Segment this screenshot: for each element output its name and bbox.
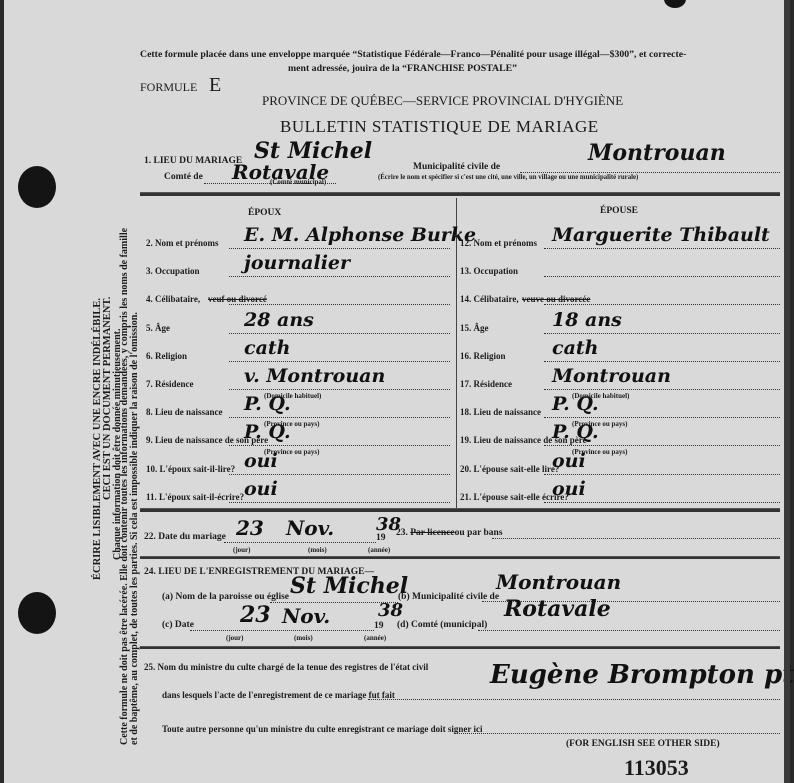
epouse-field-value: oui [552,478,586,500]
epouse-field-label: 18. Lieu de naissance [460,407,541,417]
marriage-certificate-form: ÉCRIRE LISIBLEMENT AVEC UNE ENCRE INDÉLÉ… [4,0,790,783]
formule-label: FORMULE [140,80,197,95]
mois-hint: (mois) [308,546,327,554]
comte-enr-value: Rotavale [504,596,611,622]
epouse-field-label: 20. L'épouse sait-elle lire? [460,464,559,474]
municipalite-enr-value: Montrouan [496,570,621,594]
date-enr-annee-prefix: 19 [374,621,384,631]
epoux-field-value: oui [244,478,278,500]
date-mariage-jour: 23 [236,516,264,540]
epouse-field-label: 16. Religion [460,351,506,361]
epoux-field-label: 10. L'époux sait-il-lire? [146,464,235,474]
paroisse-label: (a) Nom de la paroisse ou église [162,592,289,602]
epouse-field-label: 15. Âge [460,323,489,333]
date-enr-mois: Nov. [282,604,330,628]
epoux-field-value: cath [244,337,290,359]
epoux-field-value: 28 ans [244,309,314,331]
epouse-heading: ÉPOUSE [600,206,638,216]
licence-bans-label: 23. Par licenceou par bans [396,528,503,538]
side-instruction-5: et de baptême, au complet, de toutes les… [129,312,141,745]
province-heading: PROVINCE DE QUÉBEC—SERVICE PROVINCIAL D'… [262,93,623,109]
ink-blot [664,0,686,8]
epoux-field-value: P. Q. [244,421,291,443]
epoux-field-label: 6. Religion [146,351,187,361]
punch-hole-top [18,166,56,208]
epouse-field-value: cath [552,337,598,359]
epoux-field-label: 4. Célibataire, [146,294,200,304]
epoux-field-label: 8. Lieu de naissance [146,407,223,417]
date-enr-label: (c) Date [162,620,194,630]
autre-personne-label: Toute autre personne qu'un ministre du c… [162,724,483,734]
comte-enr-label: (d) Comté (municipal) [397,620,487,630]
epoux-heading: ÉPOUX [248,208,281,218]
epoux-field-label: 7. Résidence [146,379,194,389]
epoux-field-label: 3. Occupation [146,266,200,276]
paroisse-value: St Michel [290,573,408,599]
comte-hint: (Comté municipal) [270,178,326,186]
epoux-field-value: v. Montrouan [244,365,385,387]
postal-notice-line1: Cette formule placée dans une enveloppe … [140,49,686,60]
epoux-field-value: E. M. Alphonse Burke [244,224,476,246]
c-mois-hint: (mois) [294,634,313,642]
epouse-field-label: 17. Résidence [460,379,512,389]
ministre-label-line2: dans lesquels l'acte de l'enregistrement… [162,690,395,700]
municipalite-label: Municipalité civile de [413,162,500,172]
epoux-field-value: oui [244,450,278,472]
jour-hint: (jour) [233,546,251,554]
ministre-signature: Eugène Brompton ptre [490,660,794,690]
date-enr-jour: 23 [240,602,271,628]
municipalite-value: Montrouan [588,140,726,166]
epouse-field-value: P. Q. [552,421,599,443]
annee-hint: (année) [368,546,390,554]
epouse-field-value: 18 ans [552,309,622,331]
epouse-struck-option: veuve ou divorcée [522,294,590,304]
serial-number: 113053 [624,755,689,781]
date-mariage-label: 22. Date du mariage [144,532,226,542]
epouse-field-label: 14. Célibataire, [460,294,519,304]
ministre-label-line1: 25. Nom du ministre du culte chargé de l… [144,662,428,672]
lieu-mariage-label: 1. LIEU DU MARIAGE [144,156,242,166]
postal-notice-line2: ment adressée, jouira de la “FRANCHISE P… [288,63,517,74]
formule-letter: E [209,74,221,97]
date-enr-annee: 38 [378,600,403,621]
epouse-field-value: Marguerite Thibault [552,224,770,246]
form-title: BULLETIN STATISTIQUE DE MARIAGE [280,117,599,137]
epoux-field-value: P. Q. [244,393,291,415]
c-jour-hint: (jour) [226,634,244,642]
date-mariage-mois: Nov. [286,516,334,540]
comte-label: Comté de [164,172,203,182]
epouse-field-label: 12. Nom et prénoms [460,238,537,248]
epouse-field-value: oui [552,450,586,472]
epoux-field-label: 11. L'époux sait-il-écrire? [146,492,244,502]
epoux-field-label: 2. Nom et prénoms [146,238,219,248]
epoux-struck-option: veuf ou divorcé [208,294,267,304]
municipalite-hint: (Écrire le nom et spécifier si c'est une… [378,174,638,181]
epouse-field-value: P. Q. [552,393,599,415]
epouse-field-label: 13. Occupation [460,266,518,276]
epoux-field-label: 5. Âge [146,323,170,333]
epoux-field-value: journalier [244,252,350,274]
punch-hole-bottom [18,592,56,634]
c-annee-hint: (année) [364,634,386,642]
english-note: (FOR ENGLISH SEE OTHER SIDE) [566,739,720,749]
epouse-field-value: Montrouan [552,365,671,387]
